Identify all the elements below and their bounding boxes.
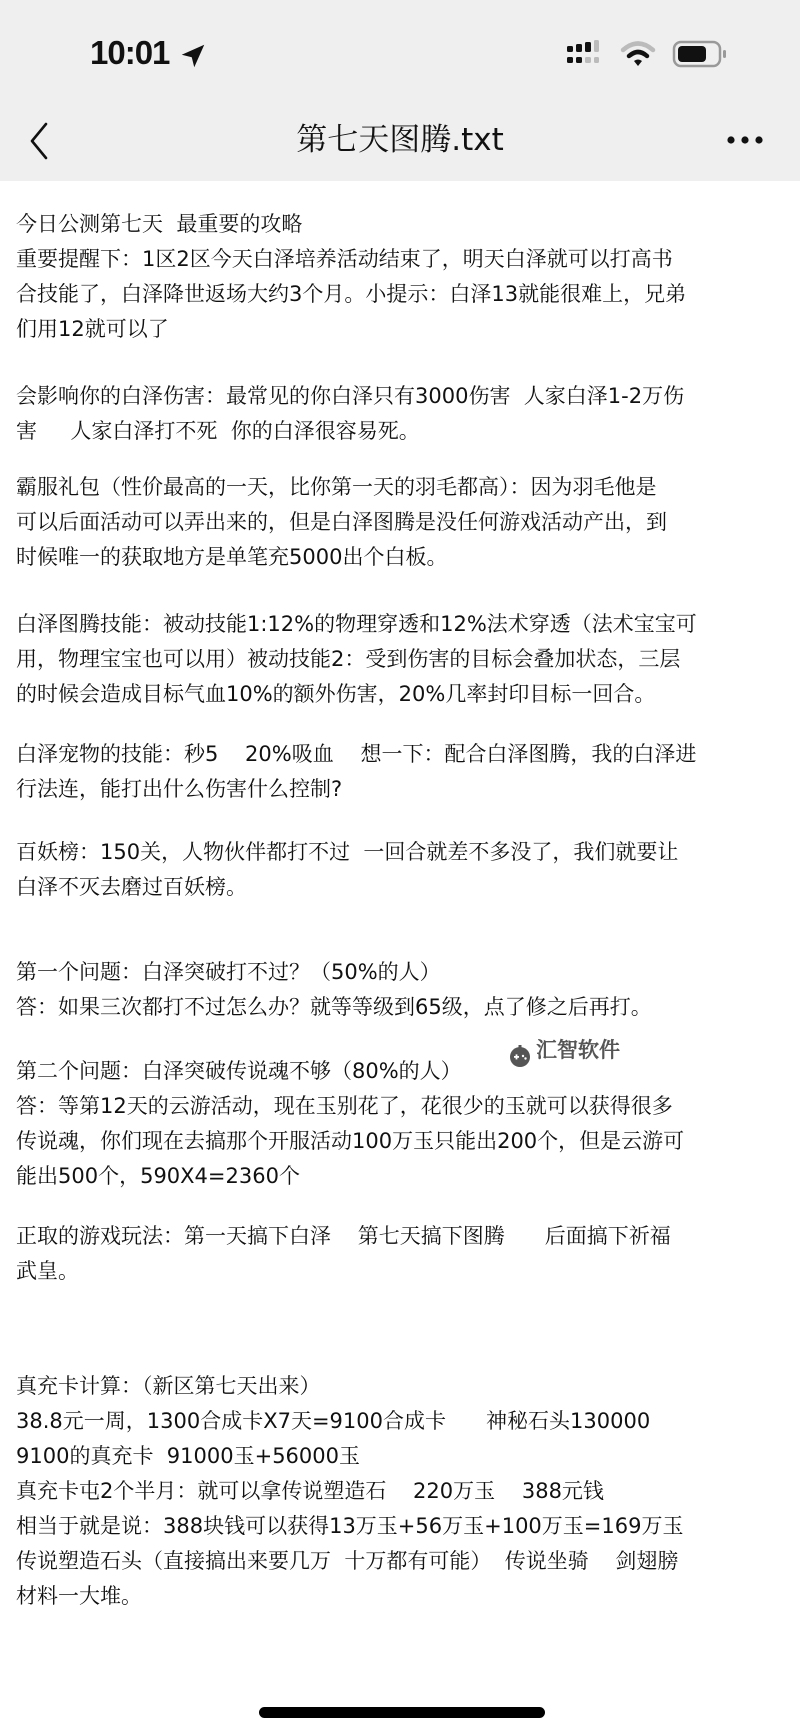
- text-line: 行法连，能打出什么伤害什么控制?: [16, 772, 786, 807]
- text-line: 传说塑造石头（直接搞出来要几万 十万都有可能） 传说坐骑 剑翅膀: [16, 1544, 786, 1579]
- text-line: 百妖榜：150关，人物伙伴都打不过 一回合就差不多没了，我们就要让: [16, 835, 786, 870]
- top-bar: 10:01 第七天图腾.txt: [0, 0, 800, 181]
- page-title: 第七天图腾.txt: [0, 120, 800, 160]
- text-line: 害 人家白泽打不死 你的白泽很容易死。: [16, 414, 786, 449]
- text-paragraph: 第二个问题：白泽突破传说魂不够（80%的人）答：等第12天的云游活动，现在玉别花…: [16, 1054, 786, 1194]
- text-line: 的时候会造成目标气血10%的额外伤害，20%几率封印目标一回合。: [16, 677, 786, 712]
- text-paragraph: 百妖榜：150关，人物伙伴都打不过 一回合就差不多没了，我们就要让白泽不灭去磨过…: [16, 835, 786, 905]
- text-paragraph: 霸服礼包（性价最高的一天，比你第一天的羽毛都高）：因为羽毛他是可以后面活动可以弄…: [16, 470, 786, 575]
- text-paragraph: 白泽图腾技能：被动技能1:12%的物理穿透和12%法术穿透（法术宝宝可用，物理宝…: [16, 607, 786, 712]
- text-line: 可以后面活动可以弄出来的，但是白泽图腾是没任何游戏活动产出，到: [16, 505, 786, 540]
- text-line: 传说魂，你们现在去搞那个开服活动100万玉只能出200个，但是云游可: [16, 1124, 786, 1159]
- text-line: 真充卡计算：（新区第七天出来）: [16, 1369, 786, 1404]
- text-paragraph: 正取的游戏玩法：第一天搞下白泽 第七天搞下图腾 后面搞下祈福武皇。: [16, 1219, 786, 1289]
- more-options-button[interactable]: [722, 128, 768, 152]
- ellipsis-icon: [722, 128, 768, 152]
- text-line: 白泽宠物的技能：秒5 20%吸血 想一下：配合白泽图腾，我的白泽进: [16, 737, 786, 772]
- text-line: 第二个问题：白泽突破传说魂不够（80%的人）: [16, 1054, 786, 1089]
- text-line: 第一个问题：白泽突破打不过？（50%的人）: [16, 955, 786, 990]
- location-arrow-icon: [178, 41, 208, 71]
- text-paragraph: 真充卡计算：（新区第七天出来）38.8元一周，1300合成卡X7天=9100合成…: [16, 1369, 786, 1614]
- text-line: 9100的真充卡 91000玉+56000玉: [16, 1439, 786, 1474]
- text-line: 答：如果三次都打不过怎么办？就等等级到65级，点了修之后再打。: [16, 990, 786, 1025]
- text-paragraph: 会影响你的白泽伤害：最常见的你白泽只有3000伤害 人家白泽1-2万伤害 人家白…: [16, 379, 786, 449]
- text-line: 材料一大堆。: [16, 1579, 786, 1614]
- text-paragraph: 今日公测第七天 最重要的攻略重要提醒下：1区2区今天白泽培养活动结束了，明天白泽…: [16, 207, 786, 347]
- text-line: 正取的游戏玩法：第一天搞下白泽 第七天搞下图腾 后面搞下祈福: [16, 1219, 786, 1254]
- gamepad-icon: [508, 1044, 532, 1068]
- text-line: 38.8元一周，1300合成卡X7天=9100合成卡 神秘石头130000: [16, 1404, 786, 1439]
- text-line: 时候唯一的获取地方是单笔充5000出个白板。: [16, 540, 786, 575]
- text-line: 今日公测第七天 最重要的攻略: [16, 207, 786, 242]
- text-line: 们用12就可以了: [16, 312, 786, 347]
- watermark: 汇智软件: [508, 1035, 620, 1063]
- text-line: 答：等第12天的云游活动，现在玉别花了，花很少的玉就可以获得很多: [16, 1089, 786, 1124]
- text-line: 真充卡屯2个半月：就可以拿传说塑造石 220万玉 388元钱: [16, 1474, 786, 1509]
- text-line: 重要提醒下：1区2区今天白泽培养活动结束了，明天白泽就可以打高书: [16, 242, 786, 277]
- text-paragraph: 第一个问题：白泽突破打不过？（50%的人）答：如果三次都打不过怎么办？就等等级到…: [16, 955, 786, 1025]
- text-line: 霸服礼包（性价最高的一天，比你第一天的羽毛都高）：因为羽毛他是: [16, 470, 786, 505]
- battery-icon: [672, 40, 728, 68]
- wifi-icon: [620, 40, 656, 68]
- text-line: 相当于就是说：388块钱可以获得13万玉+56万玉+100万玉=169万玉: [16, 1509, 786, 1544]
- text-paragraph: 白泽宠物的技能：秒5 20%吸血 想一下：配合白泽图腾，我的白泽进行法连，能打出…: [16, 737, 786, 807]
- text-line: 白泽图腾技能：被动技能1:12%的物理穿透和12%法术穿透（法术宝宝可: [16, 607, 786, 642]
- cellular-signal-icon: [565, 40, 605, 70]
- text-line: 会影响你的白泽伤害：最常见的你白泽只有3000伤害 人家白泽1-2万伤: [16, 379, 786, 414]
- text-line: 白泽不灭去磨过百妖榜。: [16, 870, 786, 905]
- text-line: 用，物理宝宝也可以用）被动技能2：受到伤害的目标会叠加状态，三层: [16, 642, 786, 677]
- watermark-label: 汇智软件: [536, 1034, 620, 1064]
- home-indicator[interactable]: [259, 1707, 545, 1718]
- text-line: 合技能了，白泽降世返场大约3个月。小提示：白泽13就能很难上，兄弟: [16, 277, 786, 312]
- text-line: 能出500个，590X4=2360个: [16, 1159, 786, 1194]
- text-line: 武皇。: [16, 1254, 786, 1289]
- status-time: 10:01: [90, 34, 169, 72]
